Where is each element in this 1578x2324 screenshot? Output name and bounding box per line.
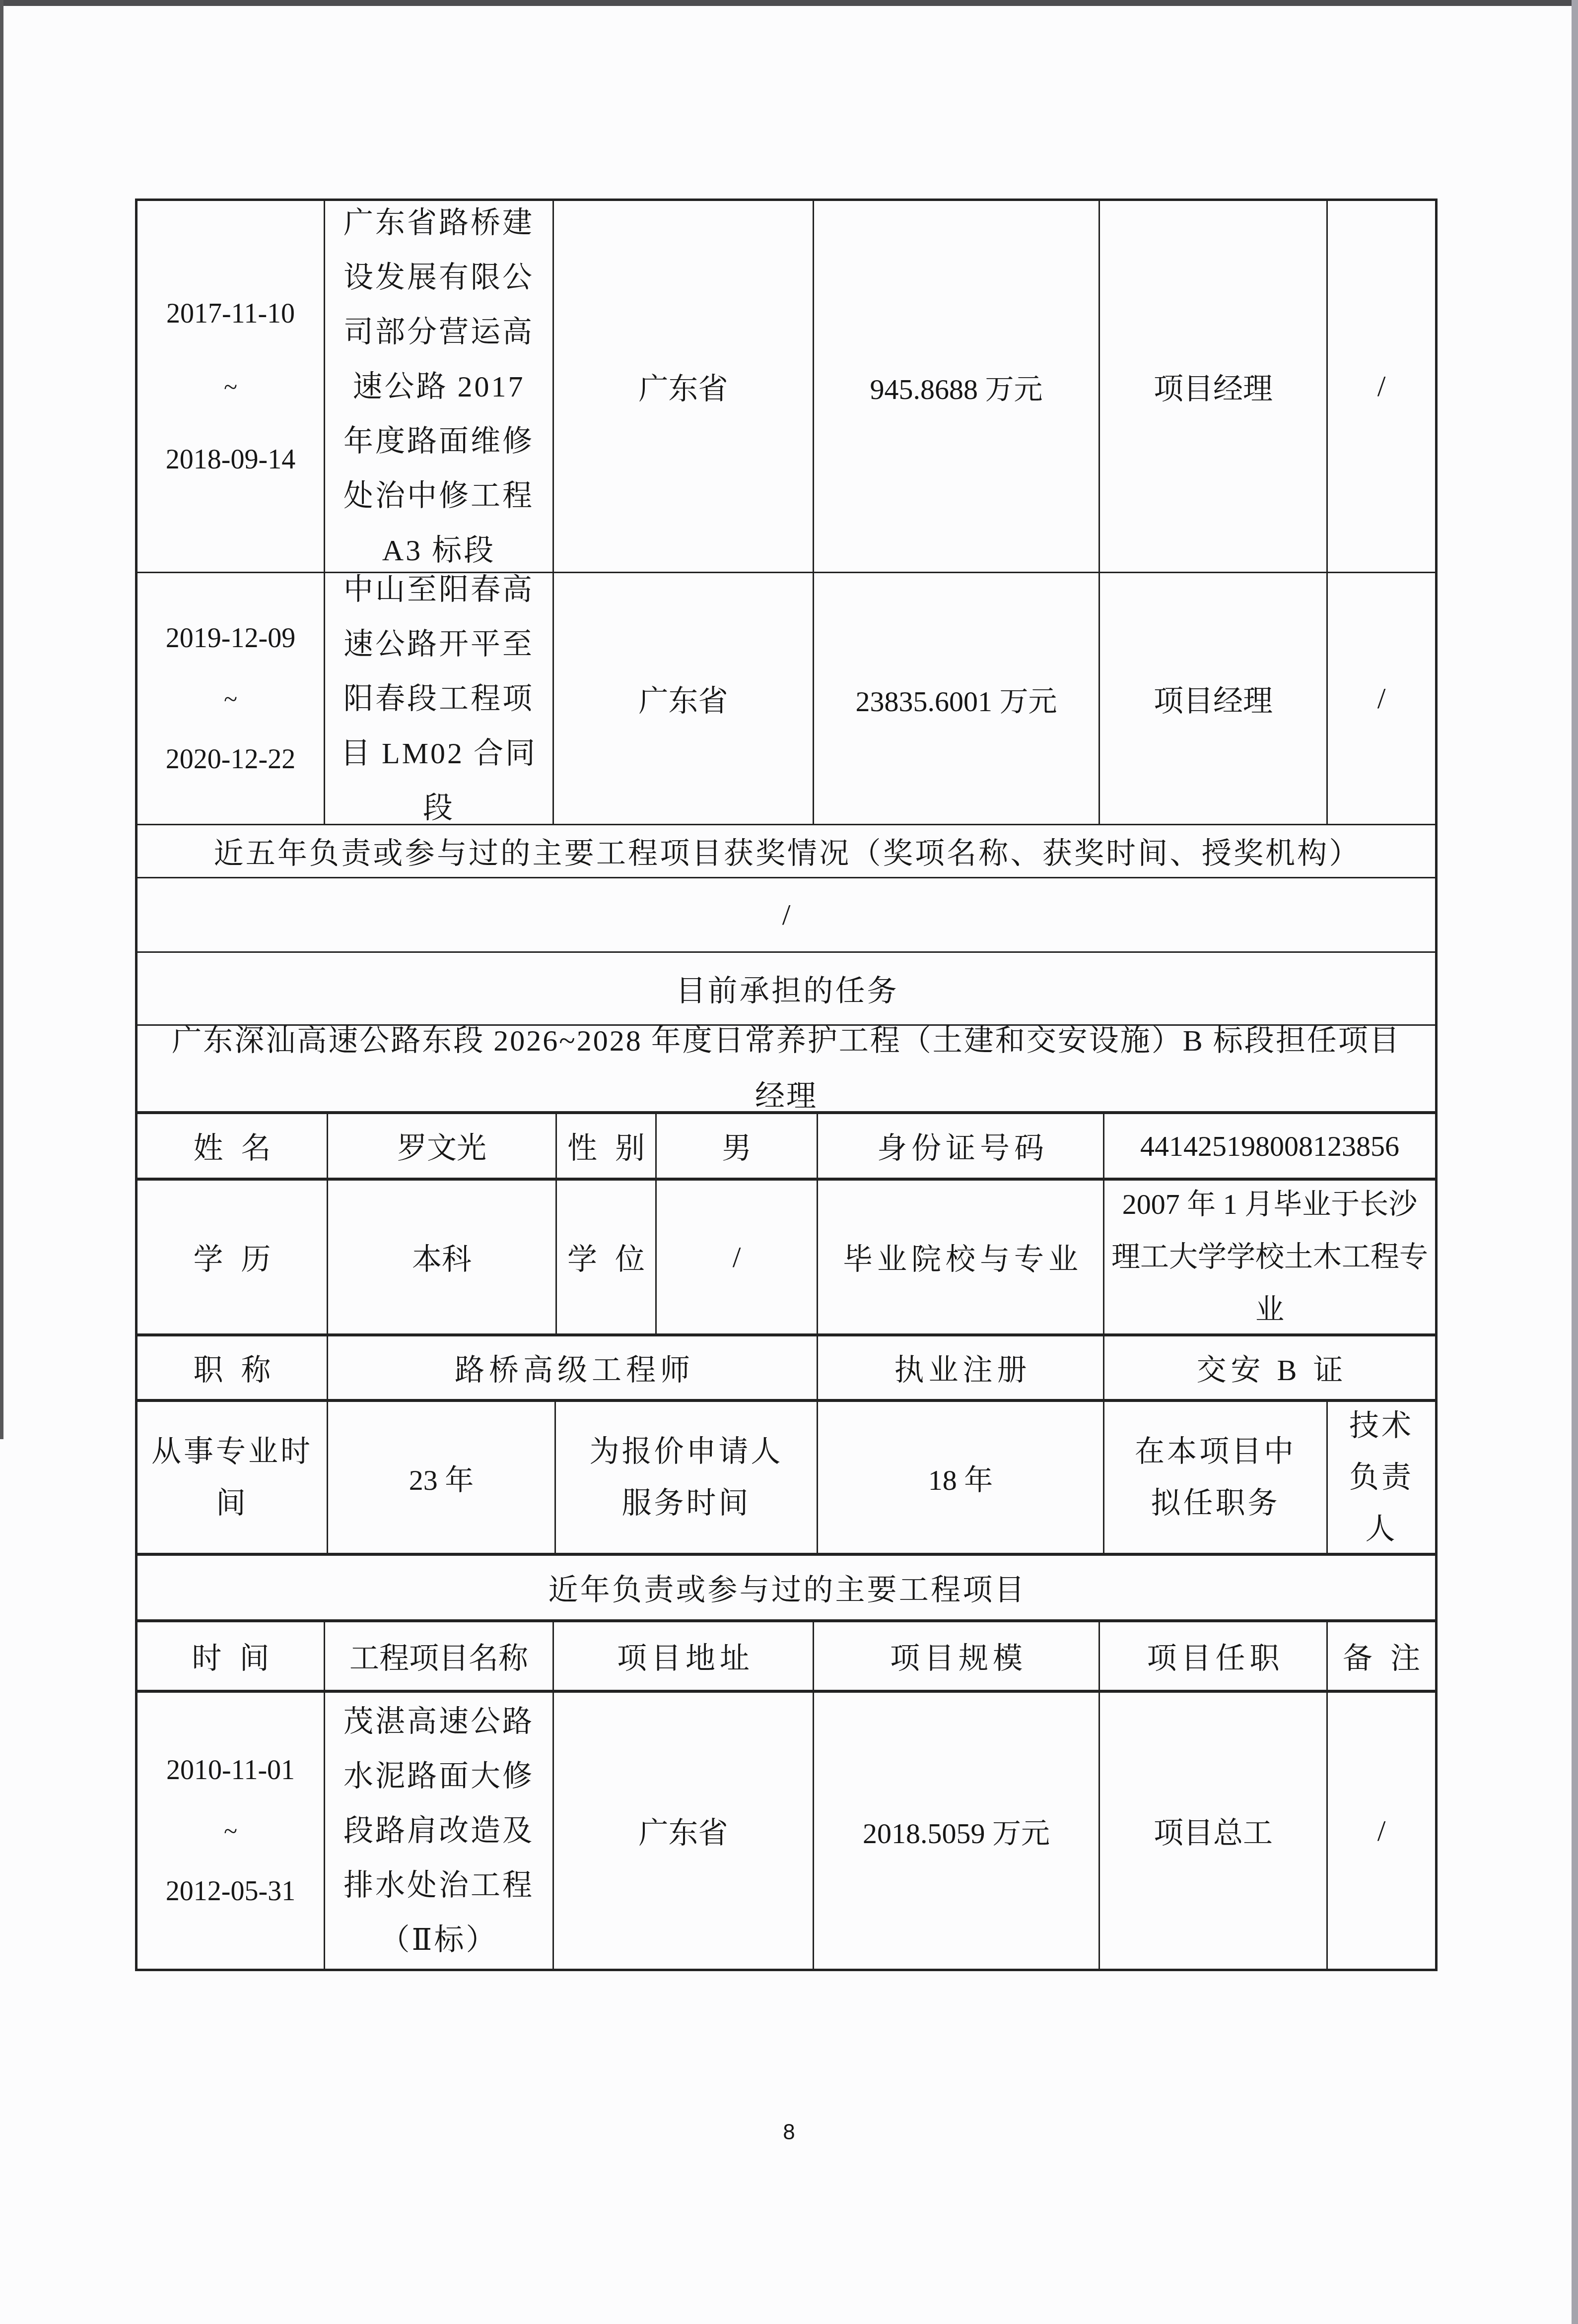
project-location-cell: 广东省 [554,201,814,572]
project-location: 广东省 [639,677,728,720]
education-label-cell: 学历 [137,1181,328,1333]
position-value-cell: 技术负责人 [1328,1402,1435,1553]
name-value-cell: 罗文光 [328,1114,557,1178]
scan-edge-left [0,0,3,1439]
person-education-row: 学历 本科 学位 / 毕业院校与专业 2007 年 1 月毕业于长沙理工大学学校… [137,1181,1435,1336]
degree-value-cell: / [657,1181,818,1333]
person-basic-row: 姓名 罗文光 性别 男 身份证号码 441425198008123856 [137,1114,1435,1181]
current-task-header-text: 目前承担的任务 [676,967,898,1010]
recent-projects-header-text: 近年负责或参与过的主要工程项目 [549,1566,1027,1609]
project-note-cell: / [1328,573,1435,824]
col-header-project-name: 工程项目名称 [325,1622,554,1690]
period-separator: ~ [224,377,237,397]
col-header-role: 项目任职 [1100,1622,1328,1690]
project-role-cell: 项目经理 [1100,573,1328,824]
degree-label-cell: 学位 [557,1181,657,1333]
project-period-cell: 2010-11-01 ~ 2012-05-31 [137,1693,325,1969]
project-name-cell: 广东省路桥建设发展有限公司部分营运高速公路 2017 年度路面维修处治中修工程 … [325,201,554,572]
school-value: 2007 年 1 月毕业于长沙理工大学学校土木工程专业 [1109,1181,1430,1333]
degree-label: 学位 [567,1236,657,1278]
registration-label-cell: 执业注册 [818,1336,1104,1399]
period-end: 2018-09-14 [166,444,295,475]
project-location-cell: 广东省 [554,1693,814,1969]
recent-projects-header-row: 近年负责或参与过的主要工程项目 [137,1556,1435,1622]
personnel-resume-table: 2017-11-10 ~ 2018-09-14 广东省路桥建设发展有限公司部分营… [135,199,1438,1971]
id-value-cell: 441425198008123856 [1104,1114,1435,1178]
years-value: 23 年 [409,1457,474,1498]
col-header-note: 备注 [1328,1622,1435,1690]
period-end: 2012-05-31 [166,1875,295,1907]
column-header-row: 时间 工程项目名称 项目地址 项目规模 项目任职 备注 [137,1622,1435,1693]
period-separator: ~ [224,689,237,709]
current-task-value-row: 广东深汕高速公路东段 2026~2028 年度日常养护工程（土建和交安设施）B … [137,1026,1435,1114]
position-label: 在本项目中拟任职务 [1130,1426,1301,1529]
project-period-cell: 2019-12-09 ~ 2020-12-22 [137,573,325,824]
period-start: 2017-11-10 [166,298,295,330]
project-scale-cell: 23835.6001 万元 [814,573,1100,824]
project-role: 项目经理 [1154,365,1273,408]
school-label: 毕业院校与专业 [843,1236,1083,1278]
title-label: 职称 [194,1346,289,1389]
project-location: 广东省 [639,365,728,408]
scan-edge-top [0,0,1578,6]
project-name: 中山至阳春高速公路开平至阳春段工程项目 LM02 合同段 [338,573,540,824]
id-label: 身份证号码 [877,1125,1048,1167]
degree-value: / [733,1240,741,1274]
id-value: 441425198008123856 [1140,1129,1399,1163]
awards-header-text: 近五年负责或参与过的主要工程项目获奖情况（奖项名称、获奖时间、授奖机构） [213,830,1361,872]
project-note: / [1377,369,1386,403]
service-label-cell: 为报价申请人服务时间 [556,1402,818,1553]
col-header-scale: 项目规模 [814,1622,1100,1690]
awards-value-row: / [137,878,1435,953]
awards-header-row: 近五年负责或参与过的主要工程项目获奖情况（奖项名称、获奖时间、授奖机构） [137,825,1435,878]
name-label: 姓名 [194,1125,289,1167]
years-value-cell: 23 年 [328,1402,556,1553]
project-scale-cell: 945.8688 万元 [814,201,1100,572]
awards-value-text: / [782,898,791,932]
current-task-header-row: 目前承担的任务 [137,953,1435,1026]
project-row: 2019-12-09 ~ 2020-12-22 中山至阳春高速公路开平至阳春段工… [137,573,1435,825]
gender-label-cell: 性别 [557,1114,657,1178]
project-note: / [1377,681,1386,716]
position-value: 技术负责人 [1346,1402,1418,1553]
years-label: 从事专业时间 [150,1426,314,1529]
period-start: 2019-12-09 [166,622,295,654]
project-note: / [1377,1814,1386,1848]
project-role-cell: 项目总工 [1100,1693,1328,1969]
title-value: 路桥高级工程师 [455,1346,694,1389]
id-label-cell: 身份证号码 [818,1114,1104,1178]
project-location-cell: 广东省 [554,573,814,824]
registration-value: 交安 B 证 [1196,1346,1347,1389]
period-start: 2010-11-01 [166,1754,295,1786]
period-end: 2020-12-22 [166,743,295,775]
project-scale: 2018.5059 万元 [863,1810,1050,1852]
service-value-cell: 18 年 [818,1402,1104,1553]
education-value: 本科 [412,1236,472,1278]
project-scale: 945.8688 万元 [870,366,1042,407]
person-experience-row: 从事专业时间 23 年 为报价申请人服务时间 18 年 在本项目中拟任职务 技术… [137,1402,1435,1556]
school-label-cell: 毕业院校与专业 [818,1181,1104,1333]
project-name: 茂湛高速公路水泥路面大修段路肩改造及排水处治工程（Ⅱ标） [338,1694,540,1967]
years-label-cell: 从事专业时间 [137,1402,328,1553]
project-name-cell: 茂湛高速公路水泥路面大修段路肩改造及排水处治工程（Ⅱ标） [325,1693,554,1969]
project-name-cell: 中山至阳春高速公路开平至阳春段工程项目 LM02 合同段 [325,573,554,824]
project-role: 项目总工 [1154,1809,1273,1852]
gender-value: 男 [722,1125,752,1167]
page-number: 8 [0,2120,1578,2145]
project-scale-cell: 2018.5059 万元 [814,1693,1100,1969]
registration-label: 执业注册 [894,1346,1031,1389]
period-separator: ~ [224,1821,237,1841]
name-label-cell: 姓名 [137,1114,328,1178]
project-note-cell: / [1328,1693,1435,1969]
col-header-time: 时间 [137,1622,325,1690]
project-location: 广东省 [639,1809,728,1852]
current-task-value-cell: 广东深汕高速公路东段 2026~2028 年度日常养护工程（土建和交安设施）B … [137,1026,1435,1111]
name-value: 罗文光 [397,1125,486,1167]
project-scale: 23835.6001 万元 [855,678,1057,720]
project-period-cell: 2017-11-10 ~ 2018-09-14 [137,201,325,572]
title-label-cell: 职称 [137,1336,328,1399]
project-role: 项目经理 [1154,677,1273,720]
awards-header-cell: 近五年负责或参与过的主要工程项目获奖情况（奖项名称、获奖时间、授奖机构） [137,825,1435,877]
recent-projects-header-cell: 近年负责或参与过的主要工程项目 [137,1556,1435,1619]
position-label-cell: 在本项目中拟任职务 [1104,1402,1328,1553]
project-row: 2010-11-01 ~ 2012-05-31 茂湛高速公路水泥路面大修段路肩改… [137,1693,1435,1969]
service-value: 18 年 [928,1457,993,1498]
project-note-cell: / [1328,201,1435,572]
project-role-cell: 项目经理 [1100,201,1328,572]
title-value-cell: 路桥高级工程师 [328,1336,818,1399]
school-value-cell: 2007 年 1 月毕业于长沙理工大学学校土木工程专业 [1104,1181,1435,1333]
current-task-value-text: 广东深汕高速公路东段 2026~2028 年度日常养护工程（土建和交安设施）B … [171,1026,1402,1111]
person-title-row: 职称 路桥高级工程师 执业注册 交安 B 证 [137,1336,1435,1402]
project-name: 广东省路桥建设发展有限公司部分营运高速公路 2017 年度路面维修处治中修工程 … [338,201,540,572]
service-label: 为报价申请人服务时间 [587,1426,786,1529]
current-task-header-cell: 目前承担的任务 [137,953,1435,1024]
registration-value-cell: 交安 B 证 [1104,1336,1435,1399]
education-value-cell: 本科 [328,1181,557,1333]
col-header-location: 项目地址 [554,1622,814,1690]
scan-edge-right [1572,0,1578,2324]
awards-value-cell: / [137,878,1435,951]
gender-label: 性别 [567,1125,657,1167]
gender-value-cell: 男 [657,1114,818,1178]
education-label: 学历 [194,1236,289,1278]
project-row: 2017-11-10 ~ 2018-09-14 广东省路桥建设发展有限公司部分营… [137,201,1435,573]
